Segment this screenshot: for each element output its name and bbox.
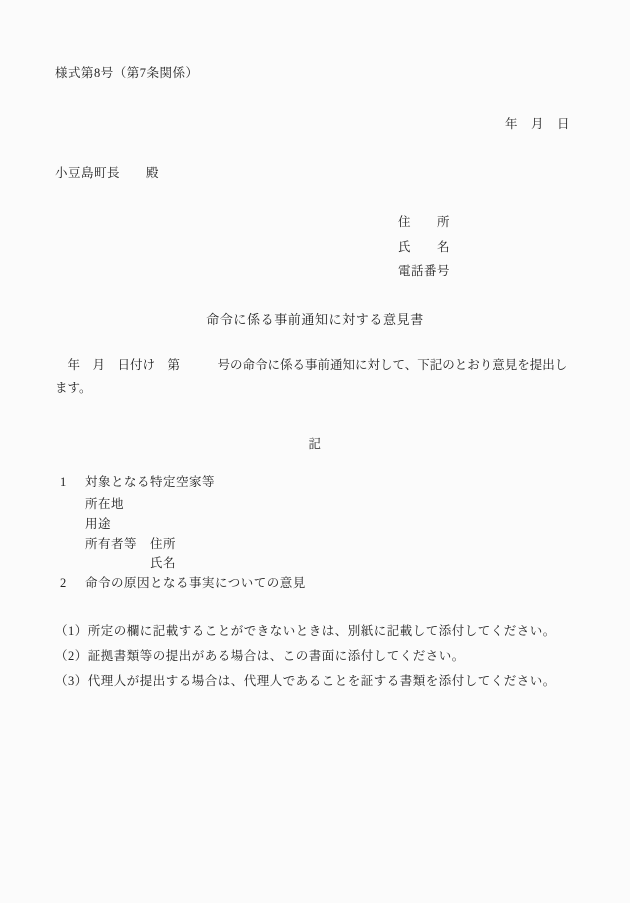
body-paragraph: 年 月 日付け 第 号の命令に係る事前通知に対して、下記のとおり意見を提出します… xyxy=(55,354,573,400)
item-text: 命令の原因となる事実についての意見 xyxy=(85,575,306,591)
addressee: 小豆島町長 殿 xyxy=(55,165,159,181)
sender-name-label: 氏 名 xyxy=(398,239,450,255)
item-text: 氏名 xyxy=(150,555,176,571)
list-item-owner-name: 氏名 xyxy=(0,555,630,571)
item-text: 所在地 xyxy=(85,496,124,512)
date-line: 年 月 日 xyxy=(505,116,570,132)
form-number: 様式第8号（第7条関係） xyxy=(55,65,199,81)
list-item-2: 2 命令の原因となる事実についての意見 xyxy=(0,575,630,591)
ki-heading: 記 xyxy=(0,436,630,452)
sender-address-label: 住 所 xyxy=(398,214,450,230)
list-item-owner-address: 所有者等 住所 xyxy=(0,536,630,552)
list-item-1: 1 対象となる特定空家等 xyxy=(0,474,630,490)
item-number: 2 xyxy=(60,575,67,591)
sender-phone-label: 電話番号 xyxy=(398,263,450,279)
item-text: 所有者等 住所 xyxy=(85,536,176,552)
item-text: 用途 xyxy=(85,516,111,532)
document-title: 命令に係る事前通知に対する意見書 xyxy=(0,312,630,328)
note-3: （3）代理人が提出する場合は、代理人であることを証する書類を添付してください。 xyxy=(55,673,556,689)
list-item-location: 所在地 xyxy=(0,496,630,512)
note-1: （1）所定の欄に記載することができないときは、別紙に記載して添付してください。 xyxy=(55,623,556,639)
item-text: 対象となる特定空家等 xyxy=(85,474,215,490)
document-page: 様式第8号（第7条関係） 年 月 日 小豆島町長 殿 住 所 氏 名 電話番号 … xyxy=(0,0,630,903)
note-2: （2）証拠書類等の提出がある場合は、この書面に添付してください。 xyxy=(55,648,465,664)
item-number: 1 xyxy=(60,474,67,490)
list-item-use: 用途 xyxy=(0,516,630,532)
